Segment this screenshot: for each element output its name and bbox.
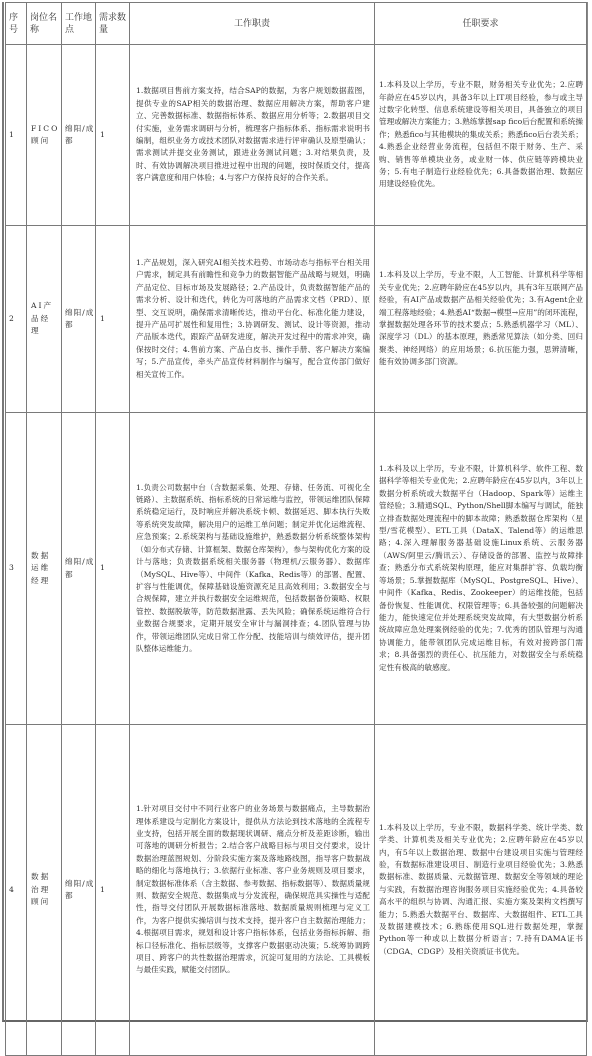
cell-seq: 2 xyxy=(6,226,27,413)
cell-location: 绵阳/成都 xyxy=(62,45,96,226)
header-requirements: 任职要求 xyxy=(375,3,587,45)
header-duties: 工作职责 xyxy=(130,3,375,45)
table-row: 3 数据运维经理 绵阳/成都 1 1.负责公司数据中台（含数据采集、处理、存储、… xyxy=(6,413,587,725)
cell-requirements: 1.本科及以上学历，专业不限，人工智能、计算机科学等相关专业优先；2.应聘年龄应… xyxy=(375,226,587,413)
cell-count: 1 xyxy=(96,226,130,413)
cell-position: FICO顾问 xyxy=(27,45,62,226)
cell-seq: 4 xyxy=(6,725,27,1025)
cell-requirements: 1.本科及以上学历，专业不限，财务相关专业优先；2.应聘年龄应在45岁以内，具备… xyxy=(375,45,587,226)
header-count: 需求数量 xyxy=(96,3,130,45)
cell-location: 绵阳/成都 xyxy=(62,725,96,1025)
header-location: 工作地点 xyxy=(62,3,96,45)
table-row: 2 AI产品经理 绵阳/成都 1 1.产品规划，深入研究AI相关技术趋势、市场动… xyxy=(6,226,587,413)
cell-position: 数据运维经理 xyxy=(27,413,62,725)
header-row: 序号 岗位名称 工作地点 需求数量 工作职责 任职要求 xyxy=(6,3,587,45)
cell-duties: 1.负责公司数据中台（含数据采集、处理、存储、任务流、可视化全链路）、主数据系统… xyxy=(130,413,375,725)
cell-requirements: 1.本科及以上学历，专业不限，计算机科学、软件工程、数据科学等相关专业优先；2.… xyxy=(375,413,587,725)
table-row: 1 FICO顾问 绵阳/成都 1 1.数据项目售前方案支持，结合SAP的数据，为… xyxy=(6,45,587,226)
cell-seq: 1 xyxy=(6,45,27,226)
cell-seq: 3 xyxy=(6,413,27,725)
cell-location: 绵阳/成都 xyxy=(62,226,96,413)
header-position: 岗位名称 xyxy=(27,3,62,45)
cell-duties: 1.针对项目交付中不同行业客户的业务场景与数据痛点，主导数据治理体系建设与定制化… xyxy=(130,725,375,1025)
cell-count: 1 xyxy=(96,725,130,1025)
cell-duties: 1.数据项目售前方案支持，结合SAP的数据，为客户规划数据蓝图，提供专业的SAP… xyxy=(130,45,375,226)
cell-requirements: 1.本科及以上学历，专业不限，数据科学类、统计学类、数学类、计算机类及相关专业优… xyxy=(375,725,587,1025)
header-seq: 序号 xyxy=(6,3,27,45)
cell-position: 数据治理顾问 xyxy=(27,725,62,1025)
cell-duties: 1.产品规划，深入研究AI相关技术趋势、市场动态与指标平台相关用户需求，制定具有… xyxy=(130,226,375,413)
job-requirements-table: 序号 岗位名称 工作地点 需求数量 工作职责 任职要求 1 FICO顾问 绵阳/… xyxy=(5,2,587,1024)
cell-count: 1 xyxy=(96,413,130,725)
table-row: 4 数据治理顾问 绵阳/成都 1 1.针对项目交付中不同行业客户的业务场景与数据… xyxy=(6,725,587,1025)
cell-count: 1 xyxy=(96,45,130,226)
cell-location: 绵阳/成都 xyxy=(62,413,96,725)
cell-position: AI产品经理 xyxy=(27,226,62,413)
